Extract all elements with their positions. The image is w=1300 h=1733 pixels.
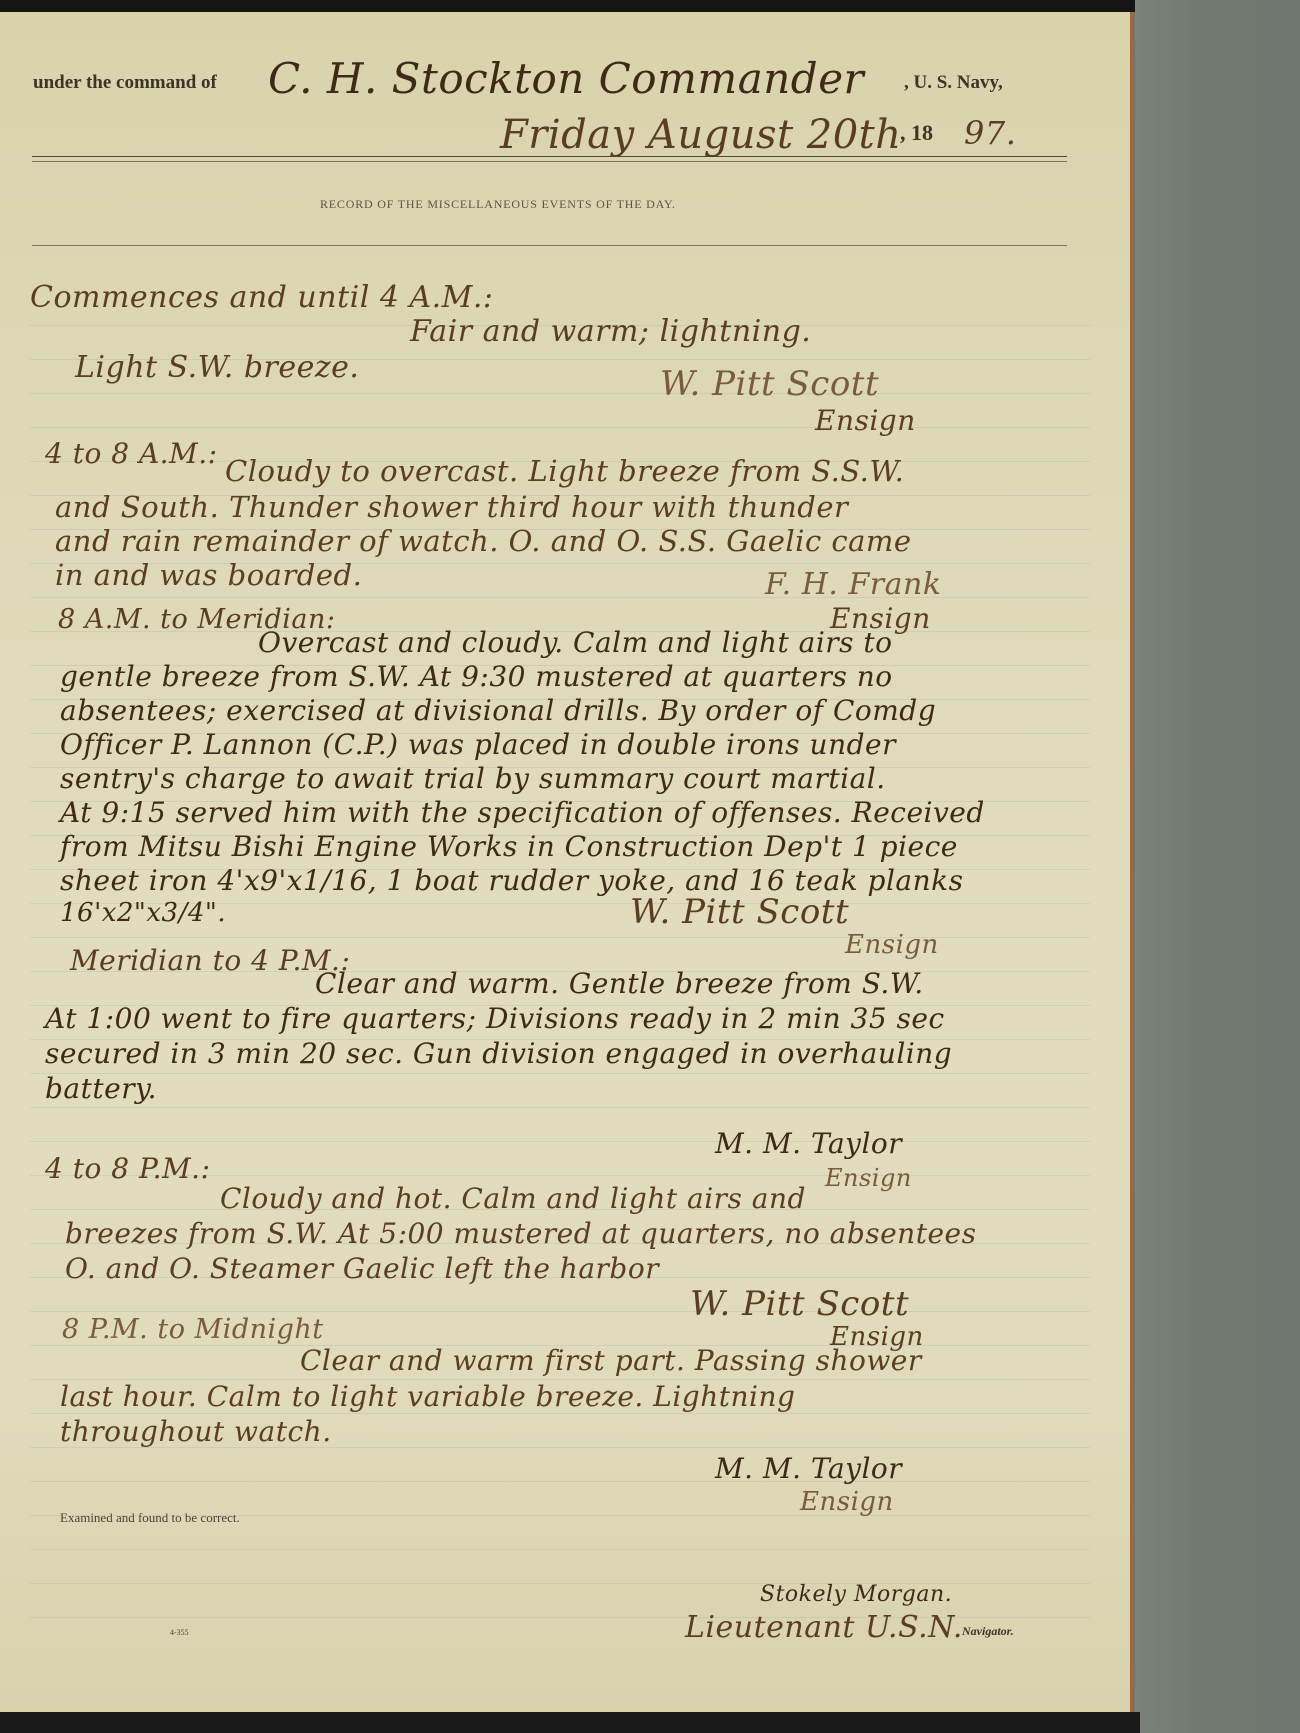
watch-heading: Meridian to 4 P.M.:	[70, 944, 350, 977]
officer-signature: W. Pitt Scott	[690, 1284, 909, 1324]
officer-rank: Ensign	[845, 930, 939, 960]
entry-line: Light S.W. breeze.	[75, 350, 359, 385]
entry-line: sentry's charge to await trial by summar…	[60, 762, 886, 795]
year-prefix: , 18	[900, 120, 933, 146]
watch-heading: 8 P.M. to Midnight	[62, 1314, 324, 1345]
header-rule	[32, 156, 1067, 157]
entry-line: At 9:15 served him with the specificatio…	[60, 796, 985, 829]
examined-text: Examined and found to be correct.	[60, 1510, 240, 1526]
year-suffix: 97.	[964, 114, 1016, 152]
command-prefix: under the command of	[33, 72, 217, 94]
entry-line: Cloudy to overcast. Light breeze from S.…	[225, 454, 904, 488]
entry-line: Fair and warm; lightning.	[410, 314, 811, 349]
form-number: 4-355	[170, 1628, 189, 1637]
officer-signature: F. H. Frank	[765, 567, 942, 602]
watch-heading: 4 to 8 P.M.:	[45, 1152, 211, 1185]
navigator-rank: Lieutenant U.S.N.	[685, 1610, 963, 1645]
watch-heading: 4 to 8 A.M.:	[45, 437, 218, 470]
entry-line: Clear and warm first part. Passing showe…	[300, 1344, 922, 1377]
officer-signature: W. Pitt Scott	[630, 892, 849, 932]
entry-line: gentle breeze from S.W. At 9:30 mustered…	[60, 660, 893, 693]
scan-bottom-edge	[0, 1712, 1140, 1733]
officer-rank: Ensign	[815, 404, 916, 437]
entry-line: absentees; exercised at divisional drill…	[60, 694, 936, 727]
entry-line: battery.	[45, 1072, 157, 1105]
section-title: RECORD OF THE MISCELLANEOUS EVENTS OF TH…	[320, 197, 676, 212]
watch-heading: Commences and until 4 A.M.:	[30, 280, 494, 315]
entry-line: Officer P. Lannon (C.P.) was placed in d…	[60, 728, 896, 761]
entry-line: 16'x2"x3/4".	[60, 898, 226, 928]
entry-line: in and was boarded.	[55, 558, 362, 592]
navigator-label: Navigator.	[962, 1624, 1014, 1639]
entry-line: and rain remainder of watch. O. and O. S…	[55, 524, 912, 558]
date-handwritten: Friday August 20th	[500, 112, 902, 158]
commander-name: C. H. Stockton Commander	[268, 54, 864, 103]
officer-signature: M. M. Taylor	[715, 1127, 902, 1160]
entry-line: At 1:00 went to fire quarters; Divisions…	[45, 1002, 945, 1035]
header-rule-2	[32, 161, 1067, 162]
officer-signature: W. Pitt Scott	[660, 364, 879, 404]
entry-line: throughout watch.	[60, 1415, 332, 1448]
entry-line: last hour. Calm to light variable breeze…	[60, 1380, 795, 1413]
logbook-page: under the command of C. H. Stockton Comm…	[0, 12, 1133, 1712]
entry-line: from Mitsu Bishi Engine Works in Constru…	[60, 830, 958, 863]
entry-line: O. and O. Steamer Gaelic left the harbor	[65, 1252, 659, 1285]
officer-signature: M. M. Taylor	[715, 1452, 902, 1485]
navigator-signature: Stokely Morgan.	[760, 1582, 952, 1607]
officer-rank: Ensign	[825, 1164, 912, 1192]
entry-line: Clear and warm. Gentle breeze from S.W.	[315, 967, 924, 1000]
entry-line: and South. Thunder shower third hour wit…	[55, 490, 848, 524]
scan-top-edge	[0, 0, 1300, 12]
entry-line: secured in 3 min 20 sec. Gun division en…	[45, 1037, 952, 1070]
background-board	[1135, 0, 1300, 1733]
entry-line: breezes from S.W. At 5:00 mustered at qu…	[65, 1217, 976, 1250]
officer-rank: Ensign	[800, 1487, 894, 1517]
entry-line: Overcast and cloudy. Calm and light airs…	[258, 626, 893, 659]
navy-suffix: , U. S. Navy,	[904, 72, 1003, 94]
entry-line: Cloudy and hot. Calm and light airs and	[220, 1182, 806, 1215]
section-rule	[32, 245, 1067, 246]
